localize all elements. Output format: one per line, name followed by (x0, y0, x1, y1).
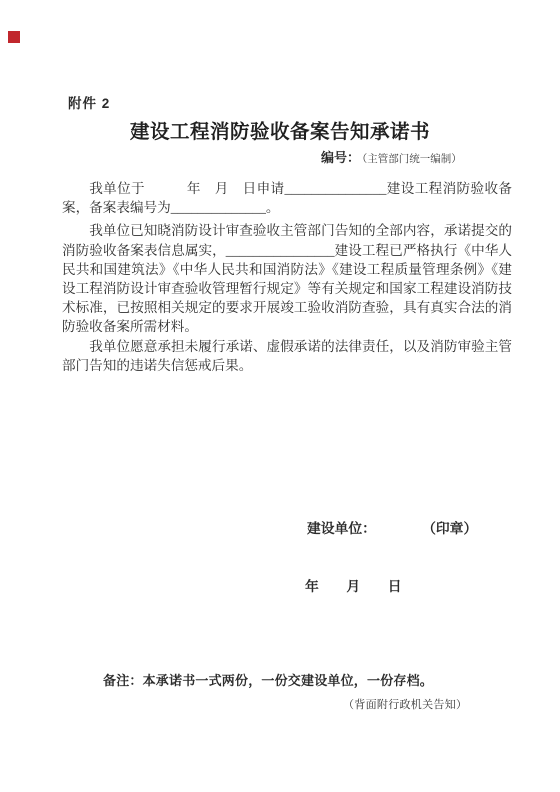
number-note: （主管部门统一编制） (362, 154, 462, 165)
paragraph-commitment: 我单位已知晓消防设计审查验收主管部门告知的全部内容，承诺提交的消防验收备案表信息… (62, 221, 512, 336)
attachment-label: 附件 2 (68, 92, 110, 112)
number-label: 编号： (321, 150, 360, 165)
document-title: 建设工程消防验收备案告知承诺书 (0, 116, 560, 144)
document-page: 附件 2 建设工程消防验收备案告知承诺书 编号：（主管部门统一编制） 我单位于 … (0, 0, 560, 792)
paragraph-application: 我单位于 年 月 日申请_______________建设工程消防验收备案，备案… (62, 179, 512, 217)
signature-line: 建设单位：（印章） (307, 517, 477, 537)
construction-unit-label: 建设单位： (307, 521, 376, 536)
paragraph-liability: 我单位愿意承担未履行承诺、虚假承诺的法律责任，以及消防审验主管部门告知的违诺失信… (62, 337, 512, 375)
body-text: 我单位于 年 月 日申请_______________建设工程消防验收备案，备案… (62, 179, 512, 375)
seal-label: （印章） (429, 521, 477, 536)
remark-note: 备注：本承诺书一式两份，一份交建设单位，一份存档。 (103, 670, 433, 689)
number-line: 编号：（主管部门统一编制） (321, 147, 462, 167)
back-side-note: （背面附行政机关告知） (343, 696, 467, 712)
red-marker (8, 31, 20, 43)
date-line: 年 月 日 (305, 575, 402, 595)
